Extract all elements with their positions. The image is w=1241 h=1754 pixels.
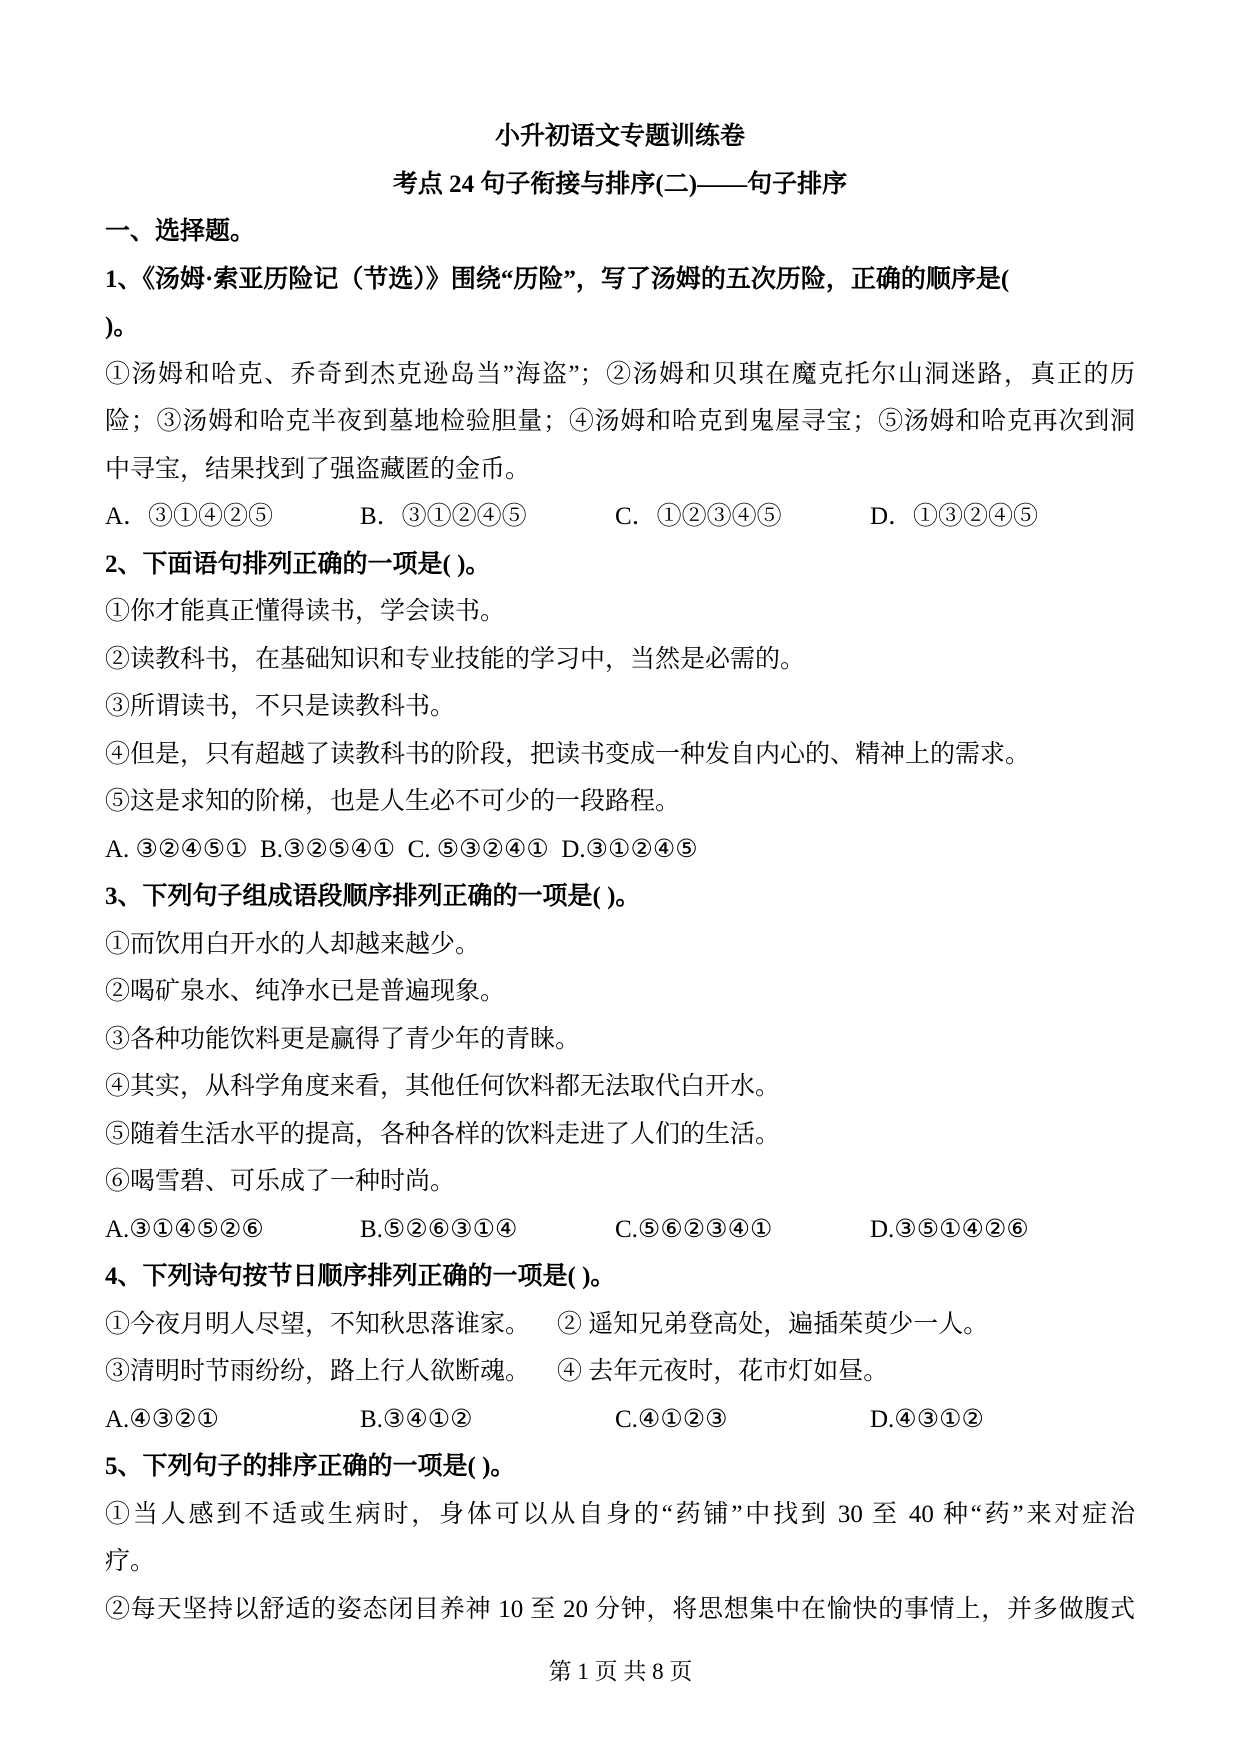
q2-options-line: A. ③②④⑤① B.③②⑤④① C. ⑤③②④① D.③①②④⑤	[105, 826, 1135, 874]
q3-option-d: D.③⑤①④②⑥	[870, 1206, 1029, 1254]
doc-title: 小升初语文专题训练卷	[105, 113, 1135, 161]
question-1: 1、《汤姆·索亚历险记（节选）》围绕“历险”，写了汤姆的五次历险，正确的顺序是(…	[105, 256, 1135, 541]
q3-sentence-2: ②喝矿泉水、纯净水已是普遍现象。	[105, 968, 1135, 1016]
q4-option-d: D.④③①②	[870, 1396, 984, 1444]
q4-verse-4: ④ 去年元夜时，花市灯如昼。	[557, 1348, 888, 1396]
q2-sentence-1: ①你才能真正懂得读书，学会读书。	[105, 588, 1135, 636]
q4-option-b: B.③④①②	[360, 1396, 615, 1444]
q3-option-c: C.⑤⑥②③④①	[615, 1206, 870, 1254]
q4-option-a: A.④③②①	[105, 1396, 360, 1444]
q1-options-row: A．③①④②⑤ B．③①②④⑤ C．①②③④⑤ D．①③②④⑤	[105, 493, 1135, 541]
q3-option-b: B.⑤②⑥③①④	[360, 1206, 615, 1254]
question-2: 2、下面语句排列正确的一项是( )。 ①你才能真正懂得读书，学会读书。 ②读教科…	[105, 541, 1135, 874]
q2-sentence-2: ②读教科书，在基础知识和专业技能的学习中，当然是必需的。	[105, 636, 1135, 684]
q1-stem-line-1: 1、《汤姆·索亚历险记（节选）》围绕“历险”，写了汤姆的五次历险，正确的顺序是(	[105, 256, 1135, 304]
q3-sentence-4: ④其实，从科学角度来看，其他任何饮料都无法取代白开水。	[105, 1063, 1135, 1111]
q1-body-line-2: 险；③汤姆和哈克半夜到墓地检验胆量；④汤姆和哈克到鬼屋寻宝；⑤汤姆和哈克再次到洞	[105, 398, 1135, 446]
q4-verse-3: ③清明时节雨纷纷，路上行人欲断魂。	[105, 1348, 557, 1396]
q1-option-a: A．③①④②⑤	[105, 493, 360, 541]
q3-sentence-5: ⑤随着生活水平的提高，各种各样的饮料走进了人们的生活。	[105, 1111, 1135, 1159]
q5-sentence-2: ②每天坚持以舒适的姿态闭目养神 10 至 20 分钟，将思想集中在愉快的事情上，…	[105, 1586, 1135, 1634]
q5-sentence-1-line-1: ①当人感到不适或生病时，身体可以从自身的“药铺”中找到 30 至 40 种“药”…	[105, 1491, 1135, 1539]
q5-stem: 5、下列句子的排序正确的一项是( )。	[105, 1443, 1135, 1491]
doc-subtitle: 考点 24 句子衔接与排序(二)——句子排序	[105, 161, 1135, 209]
q1-option-b: B．③①②④⑤	[360, 493, 615, 541]
q3-option-a: A.③①④⑤②⑥	[105, 1206, 360, 1254]
q4-options-row: A.④③②① B.③④①② C.④①②③ D.④③①②	[105, 1396, 1135, 1444]
q3-sentence-6: ⑥喝雪碧、可乐成了一种时尚。	[105, 1158, 1135, 1206]
q1-option-c: C．①②③④⑤	[615, 493, 870, 541]
question-4: 4、下列诗句按节日顺序排列正确的一项是( )。 ①今夜月明人尽望，不知秋思落谁家…	[105, 1253, 1135, 1443]
q3-sentence-1: ①而饮用白开水的人却越来越少。	[105, 921, 1135, 969]
q4-verse-row-1: ①今夜月明人尽望，不知秋思落谁家。 ② 遥知兄弟登高处，遍插茱萸少一人。	[105, 1301, 1135, 1349]
q2-sentence-4: ④但是，只有超越了读教科书的阶段，把读书变成一种发自内心的、精神上的需求。	[105, 731, 1135, 779]
page-footer: 第 1 页 共 8 页	[0, 1653, 1241, 1686]
q5-sentence-1-line-2: 疗。	[105, 1538, 1135, 1586]
page-content: 小升初语文专题训练卷 考点 24 句子衔接与排序(二)——句子排序 一、选择题。…	[105, 113, 1135, 1633]
q3-stem: 3、下列句子组成语段顺序排列正确的一项是( )。	[105, 873, 1135, 921]
q1-stem-line-2: )。	[105, 303, 1135, 351]
q1-body-line-3: 中寻宝，结果找到了强盗藏匿的金币。	[105, 446, 1135, 494]
question-5: 5、下列句子的排序正确的一项是( )。 ①当人感到不适或生病时，身体可以从自身的…	[105, 1443, 1135, 1633]
q4-verse-2: ② 遥知兄弟登高处，遍插茱萸少一人。	[557, 1301, 988, 1349]
q4-stem: 4、下列诗句按节日顺序排列正确的一项是( )。	[105, 1253, 1135, 1301]
question-3: 3、下列句子组成语段顺序排列正确的一项是( )。 ①而饮用白开水的人却越来越少。…	[105, 873, 1135, 1253]
q2-sentence-3: ③所谓读书，不只是读教科书。	[105, 683, 1135, 731]
q4-verse-row-2: ③清明时节雨纷纷，路上行人欲断魂。 ④ 去年元夜时，花市灯如昼。	[105, 1348, 1135, 1396]
q1-body-line-1: ①汤姆和哈克、乔奇到杰克逊岛当”海盗”；②汤姆和贝琪在魔克托尔山洞迷路，真正的历	[105, 351, 1135, 399]
q4-option-c: C.④①②③	[615, 1396, 870, 1444]
q3-options-row: A.③①④⑤②⑥ B.⑤②⑥③①④ C.⑤⑥②③④① D.③⑤①④②⑥	[105, 1206, 1135, 1254]
section-heading: 一、选择题。	[105, 208, 1135, 256]
exam-page: 小升初语文专题训练卷 考点 24 句子衔接与排序(二)——句子排序 一、选择题。…	[0, 0, 1241, 1754]
q4-verse-1: ①今夜月明人尽望，不知秋思落谁家。	[105, 1301, 557, 1349]
q2-sentence-5: ⑤这是求知的阶梯，也是人生必不可少的一段路程。	[105, 778, 1135, 826]
q2-stem: 2、下面语句排列正确的一项是( )。	[105, 541, 1135, 589]
q3-sentence-3: ③各种功能饮料更是赢得了青少年的青睐。	[105, 1016, 1135, 1064]
q1-option-d: D．①③②④⑤	[870, 493, 1038, 541]
